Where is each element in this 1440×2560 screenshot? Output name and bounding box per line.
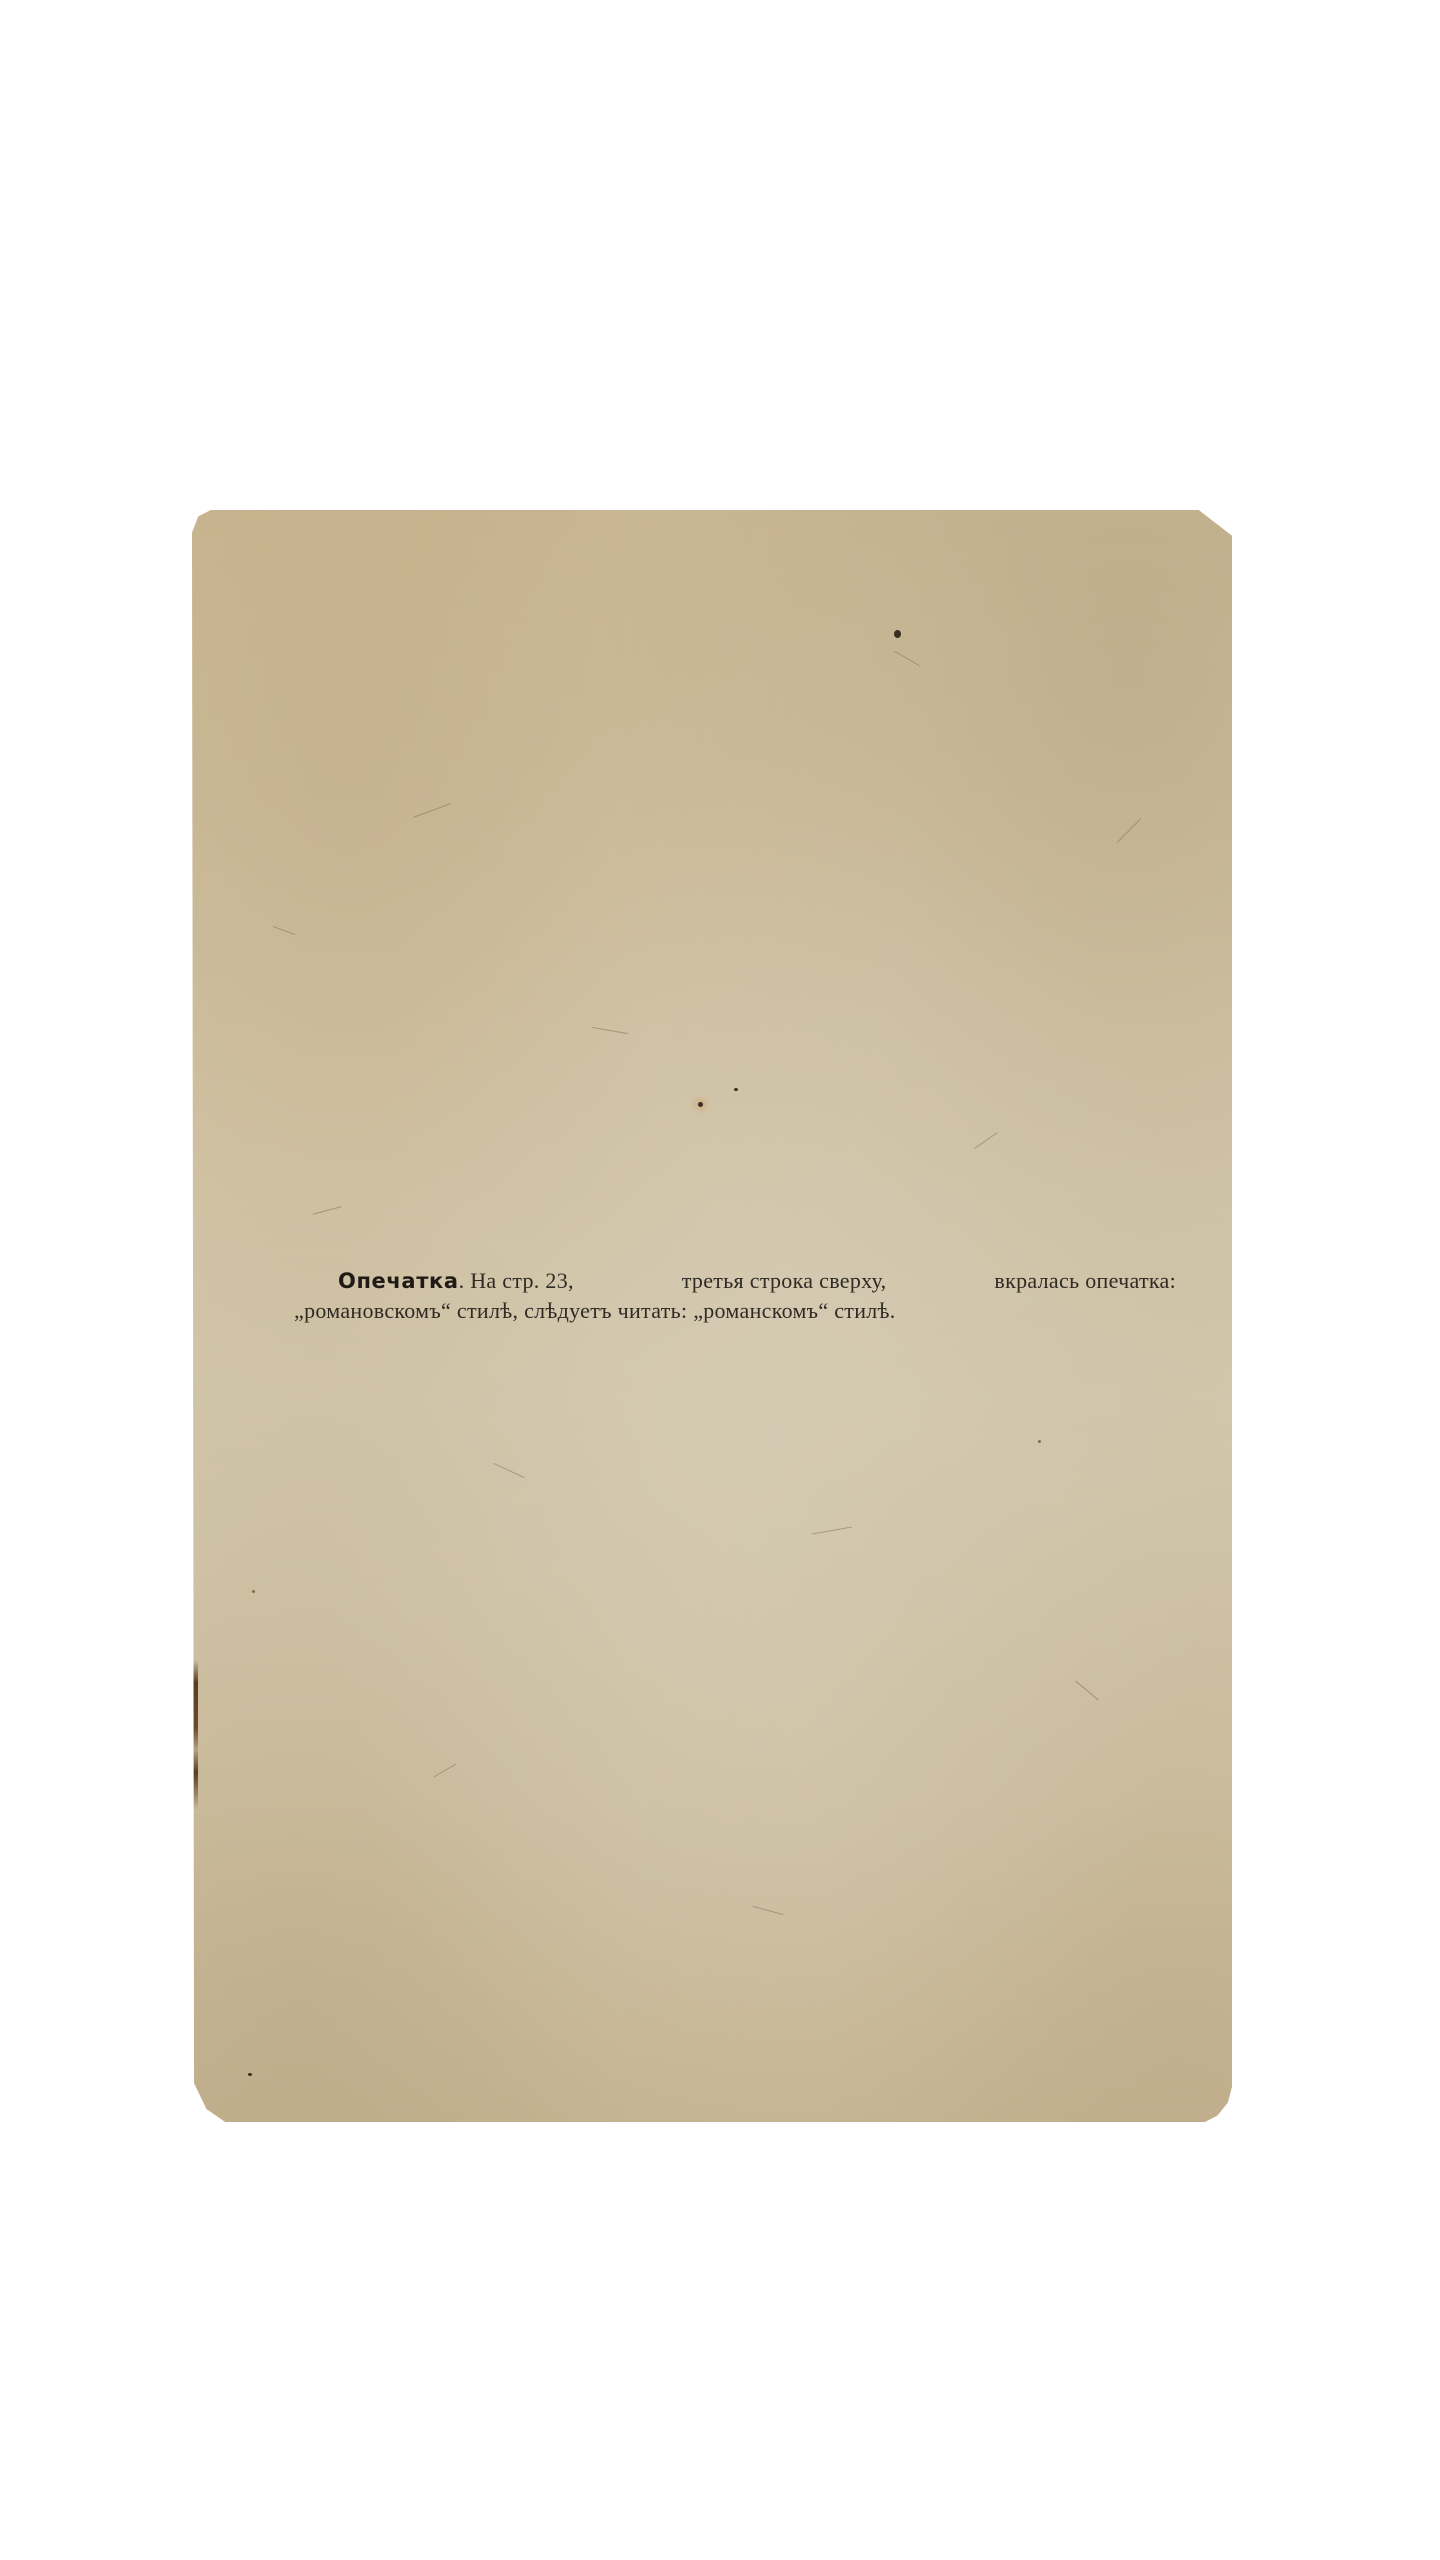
paper-speck xyxy=(1038,1440,1041,1443)
errata-part-line: третья строка сверху, xyxy=(682,1266,887,1296)
paper-fiber xyxy=(312,1206,341,1215)
paper-fiber xyxy=(752,1906,783,1915)
paper-page: Опечатка. На стр. 23, третья строка свер… xyxy=(192,510,1232,2122)
paper-fiber xyxy=(493,1463,524,1478)
errata-part-page: На стр. 23, xyxy=(470,1268,574,1293)
errata-heading-group: Опечатка. На стр. 23, xyxy=(338,1266,574,1296)
errata-text: Опечатка. На стр. 23, третья строка свер… xyxy=(338,1266,1176,1326)
paper-speck xyxy=(734,1088,738,1091)
paper-fiber xyxy=(894,651,920,667)
errata-line-1: Опечатка. На стр. 23, третья строка свер… xyxy=(338,1266,1176,1296)
errata-part-typo: вкралась опечатка: xyxy=(994,1266,1176,1296)
paper-fiber xyxy=(1075,1680,1099,1700)
errata-heading: Опечатка xyxy=(338,1269,459,1293)
paper-fiber xyxy=(1117,818,1142,843)
paper-fiber xyxy=(812,1527,852,1535)
errata-line-2: „романовскомъ“ стилѣ, слѣдуетъ читать: „… xyxy=(294,1296,1176,1326)
paper-speck xyxy=(698,1102,703,1107)
paper-speck xyxy=(252,1590,255,1593)
paper-fiber xyxy=(974,1132,998,1149)
paper-fiber xyxy=(433,1764,456,1778)
paper-fiber xyxy=(273,926,296,935)
paper-speck xyxy=(248,2073,252,2076)
paper-speck xyxy=(894,630,901,638)
edge-stain xyxy=(192,1660,198,1810)
paper-fiber xyxy=(592,1027,628,1034)
paper-fiber xyxy=(413,803,451,818)
